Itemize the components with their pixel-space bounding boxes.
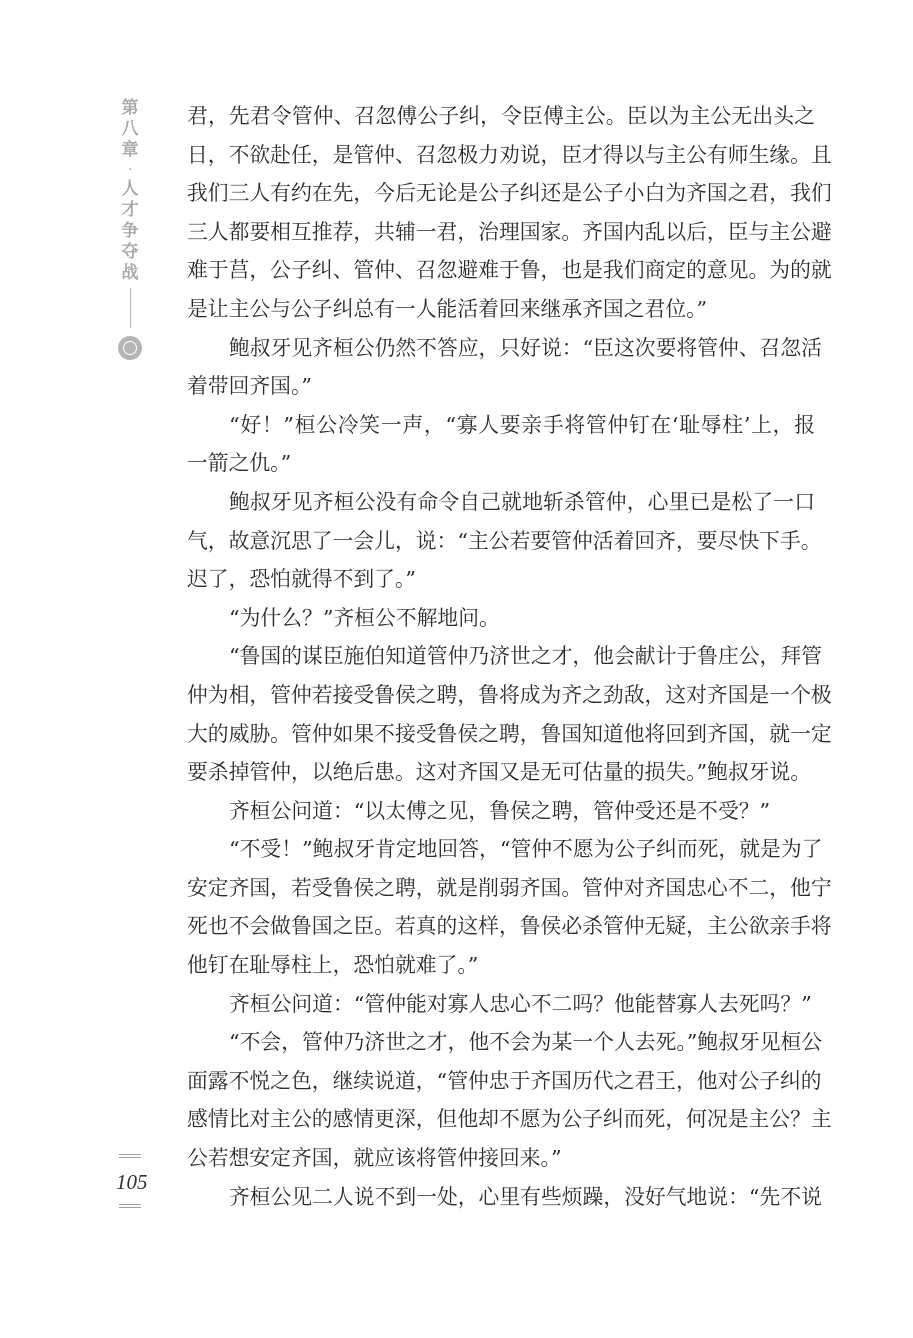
chapter-char: 争 — [122, 221, 139, 242]
text-line: 三人都要相互推荐，共辅一君，治理国家。齐国内乱以后，臣与主公避 — [187, 213, 815, 252]
body-text: 君，先君令管仲、召忽傅公子纠，令臣傅主公。臣以为主公无出头之日，不欲赴任，是管仲… — [187, 97, 815, 1216]
chapter-char: 夺 — [122, 242, 139, 263]
text-line: 他钉在耻辱柱上，恐怕就难了。” — [187, 946, 815, 985]
text-line: 死也不会做鲁国之臣。若真的这样，鲁侯必杀管仲无疑，主公欲亲手将 — [187, 907, 815, 946]
text-line: 齐桓公问道：“管仲能对寡人忠心不二吗？他能替寡人去死吗？” — [187, 985, 815, 1024]
text-line: 感情比对主公的感情更深，但他却不愿为公子纠而死，何况是主公？主 — [187, 1100, 815, 1139]
text-line: “不会，管仲乃济世之才，他不会为某一个人去死。”鲍叔牙见桓公 — [187, 1023, 815, 1062]
text-line: 气，故意沉思了一会儿，说：“主公若要管仲活着回齐，要尽快下手。 — [187, 522, 815, 561]
text-line: 鲍叔牙见齐桓公仍然不答应，只好说：“臣这次要将管仲、召忽活 — [187, 329, 815, 368]
text-line: 着带回齐国。” — [187, 367, 815, 406]
page-number: 105 — [116, 1168, 144, 1196]
text-line: 是让主公与公子纠总有一人能活着回来继承齐国之君位。” — [187, 290, 815, 329]
text-line: “鲁国的谋臣施伯知道管仲乃济世之才，他会献计于鲁庄公，拜管 — [187, 637, 815, 676]
vertical-rule — [130, 288, 131, 328]
ornament-emblem-icon — [118, 336, 142, 360]
text-line: 要杀掉管仲，以绝后患。这对齐国又是无可估量的损失。”鲍叔牙说。 — [187, 753, 815, 792]
text-line: 安定齐国，若受鲁侯之聘，就是削弱齐国。管仲对齐国忠心不二，他宁 — [187, 869, 815, 908]
text-line: “不受！”鲍叔牙肯定地回答，“管仲不愿为公子纠而死，就是为了 — [187, 830, 815, 869]
text-line: 面露不悦之色，继续说道，“管仲忠于齐国历代之君王，他对公子纠的 — [187, 1062, 815, 1101]
chapter-running-head: 第 八 章 · 人 才 争 夺 战 — [118, 98, 142, 360]
text-line: 大的威胁。管仲如果不接受鲁侯之聘，鲁国知道他将回到齐国，就一定 — [187, 715, 815, 754]
folio-rule-top — [119, 1154, 141, 1158]
folio-rule-bottom — [119, 1204, 141, 1208]
chapter-char: 八 — [122, 119, 139, 140]
text-line: 齐桓公问道：“以太傅之见，鲁侯之聘，管仲受还是不受？” — [187, 792, 815, 831]
chapter-char: 第 — [122, 98, 139, 119]
text-line: 鲍叔牙见齐桓公没有命令自己就地斩杀管仲，心里已是松了一口 — [187, 483, 815, 522]
chapter-char: 人 — [122, 179, 139, 200]
chapter-char: 战 — [122, 263, 139, 284]
text-line: 迟了，恐怕就得不到了。” — [187, 560, 815, 599]
chapter-char: 章 — [122, 140, 139, 161]
chapter-char: 才 — [122, 200, 139, 221]
text-line: 我们三人有约在先，今后无论是公子纠还是公子小白为齐国之君，我们 — [187, 174, 815, 213]
text-line: 齐桓公见二人说不到一处，心里有些烦躁，没好气地说：“先不说 — [187, 1178, 815, 1217]
text-line: 君，先君令管仲、召忽傅公子纠，令臣傅主公。臣以为主公无出头之 — [187, 97, 815, 136]
text-line: “为什么？”齐桓公不解地问。 — [187, 599, 815, 638]
text-line: 一箭之仇。” — [187, 444, 815, 483]
text-line: “好！”桓公冷笑一声，“寡人要亲手将管仲钉在‘耻辱柱’上，报 — [187, 406, 815, 445]
chapter-separator: · — [128, 161, 132, 179]
page-folio: 105 — [116, 1154, 144, 1208]
text-line: 难于莒，公子纠、管仲、召忽避难于鲁，也是我们商定的意见。为的就 — [187, 251, 815, 290]
text-line: 公若想安定齐国，就应该将管仲接回来。” — [187, 1139, 815, 1178]
text-line: 仲为相，管仲若接受鲁侯之聘，鲁将成为齐之劲敌，这对齐国是一个极 — [187, 676, 815, 715]
text-line: 日，不欲赴任，是管仲、召忽极力劝说，臣才得以与主公有师生缘。且 — [187, 136, 815, 175]
